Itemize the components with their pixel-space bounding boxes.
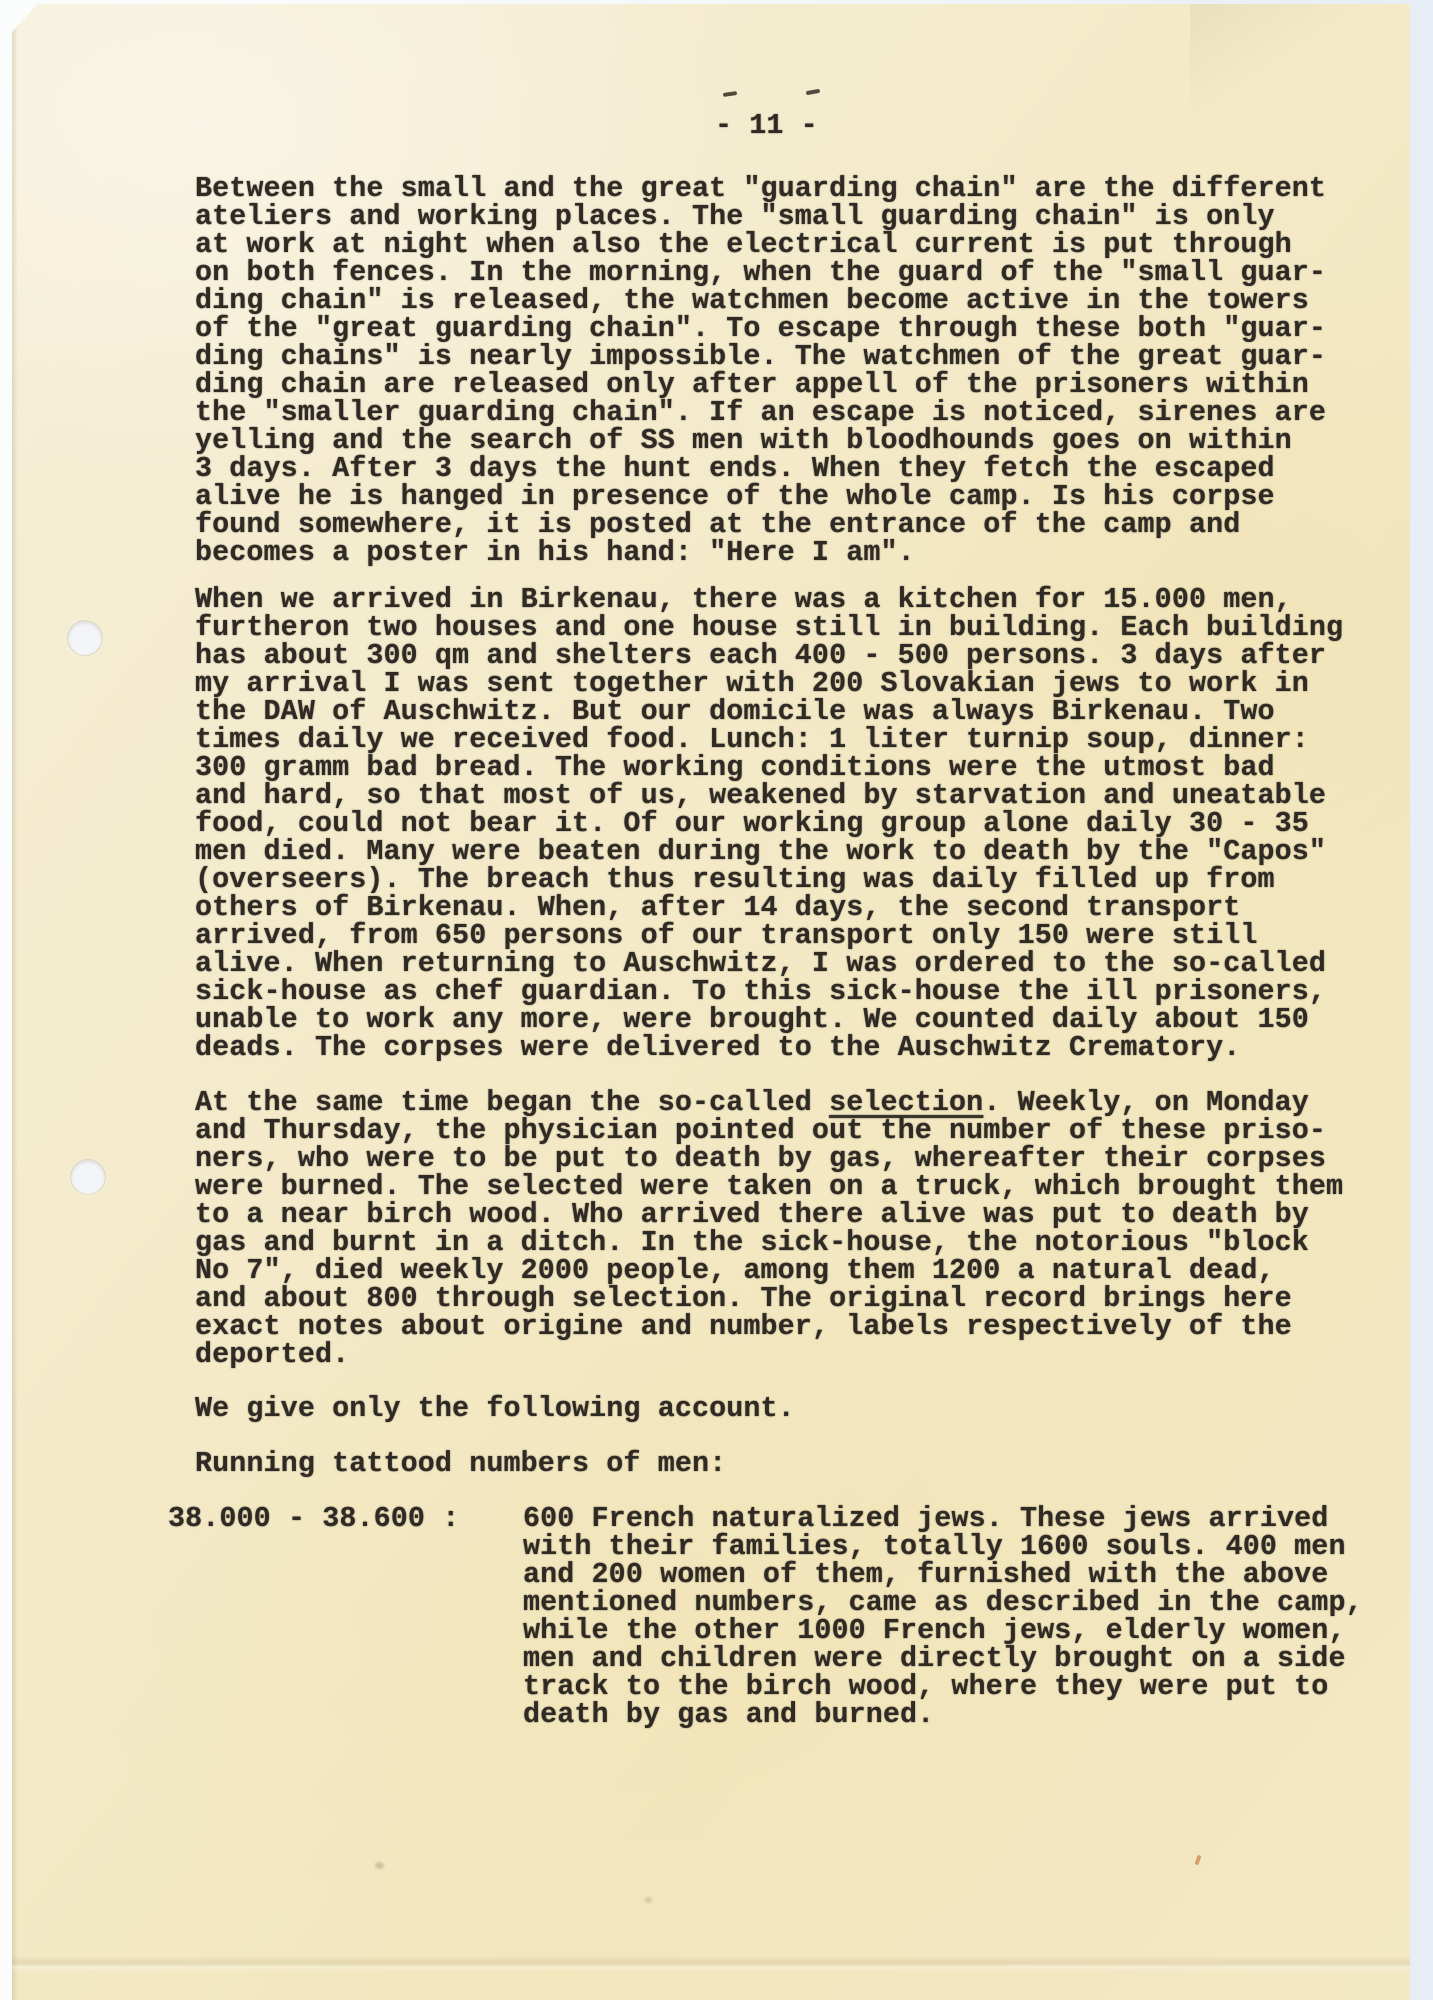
paper-fold-crease bbox=[12, 1956, 1410, 1972]
page-number: - 11 - bbox=[715, 112, 818, 140]
paper-speck bbox=[375, 1862, 384, 1869]
paragraph-guarding-chain: Between the small and the great "guardin… bbox=[195, 175, 1385, 567]
paper-corner-crease bbox=[1190, 4, 1410, 124]
paragraph-selection: At the same time began the so-called sel… bbox=[195, 1089, 1385, 1369]
paper-speck bbox=[1194, 1855, 1201, 1866]
account-note: We give only the following account. bbox=[195, 1395, 1385, 1423]
tattoo-number-range: 38.000 - 38.600 : bbox=[168, 1505, 459, 1533]
paper-edge-shade bbox=[12, 4, 18, 2000]
punch-hole-top bbox=[68, 621, 102, 655]
paper-speck bbox=[645, 1897, 652, 1903]
stray-ink-mark bbox=[723, 91, 737, 97]
punch-hole-bottom bbox=[71, 1160, 105, 1194]
stray-ink-mark bbox=[806, 89, 820, 95]
paragraph-selection-post: . Weekly, on Monday and Thursday, the ph… bbox=[195, 1086, 1343, 1371]
scanner-background: { "colors": { "paper": "#f3e8c4", "ink":… bbox=[0, 0, 1433, 2000]
tattoo-range-description: 600 French naturalized jews. These jews … bbox=[523, 1505, 1383, 1729]
document-page: - 11 - Between the small and the great "… bbox=[12, 4, 1410, 2000]
tattoo-numbers-heading: Running tattood numbers of men: bbox=[195, 1450, 1385, 1478]
paragraph-birkenau-arrival: When we arrived in Birkenau, there was a… bbox=[195, 586, 1385, 1062]
